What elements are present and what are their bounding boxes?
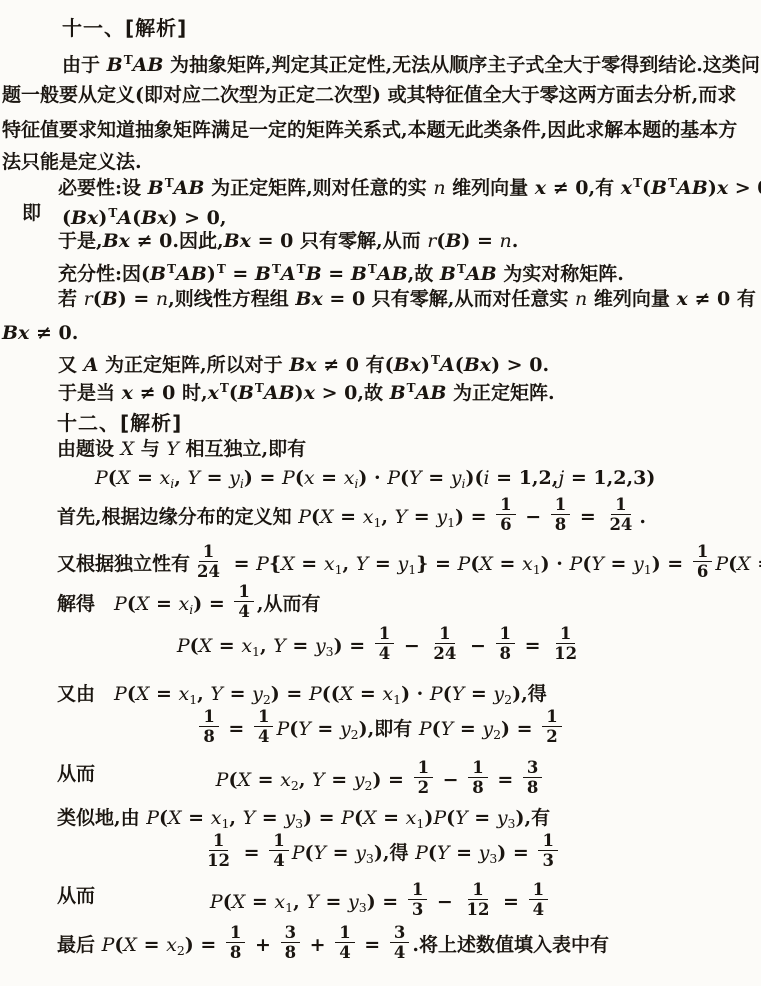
superscript: T — [165, 176, 174, 190]
math-run: P — [433, 807, 446, 829]
subscript: 2 — [291, 778, 299, 793]
math-run: Y — [591, 553, 604, 575]
text-run: ( — [436, 230, 445, 252]
fraction: 14 — [254, 708, 273, 746]
superscript: T — [272, 262, 281, 276]
math-run: X — [121, 438, 135, 460]
text-run: 为抽象矩阵,判定其正定性,无法从顺序主子式全大于零得到结论.这类问 — [163, 54, 759, 76]
text-run: = — [496, 891, 525, 913]
fraction-denominator: 4 — [529, 900, 548, 918]
text-run: = — [130, 467, 159, 489]
text-run: (( — [322, 683, 340, 705]
math-bold-run: AB — [416, 382, 447, 404]
text-run: = — [295, 553, 324, 575]
text-run: ( — [432, 718, 441, 740]
math-run: P — [114, 683, 127, 705]
s11-hence-eq: 即(Bx)TA(Bx) > 0, — [0, 201, 761, 230]
math-bold-run: B — [651, 177, 667, 199]
math-run: X — [232, 891, 246, 913]
fraction-numerator: 1 — [468, 759, 487, 778]
fraction-denominator: 3 — [408, 900, 427, 918]
fraction: 18 — [551, 496, 570, 534]
math-bold-run: B — [238, 382, 254, 404]
math-bold-run: AB — [133, 54, 164, 76]
text-run: = — [422, 467, 451, 489]
text-run: = — [226, 263, 255, 285]
fraction: 112 — [550, 625, 581, 663]
fraction-denominator: 12 — [203, 851, 234, 869]
subscript: 1 — [252, 644, 260, 659]
document-page: 十一、[解析]由于 BTAB 为抽象矩阵,判定其正定性,无法从顺序主子式全大于零… — [0, 0, 761, 986]
fraction: 112 — [462, 881, 493, 919]
text-run: − — [463, 635, 492, 657]
fraction-denominator: 8 — [199, 727, 218, 745]
subscript: 3 — [326, 644, 334, 659]
text-run: 又由 — [57, 683, 114, 705]
math-run: n — [575, 288, 587, 310]
text-run: ( — [470, 553, 479, 575]
math-run: P — [114, 593, 127, 615]
s11-necessity-line: 必要性:设 BTAB 为正定矩阵,则对任意的实 n 维列向量 x ≠ 0,有 x… — [0, 171, 761, 200]
math-run: y — [354, 769, 365, 791]
fraction: 16 — [693, 543, 712, 581]
text-run: = — [464, 683, 493, 705]
text-run: ),有 — [516, 807, 551, 829]
superscript: T — [220, 381, 229, 395]
text-run: > 0, — [728, 177, 761, 199]
text-run: 十一、[解析] — [62, 16, 187, 40]
math-bold-run: AB — [466, 263, 497, 285]
text-run: = 0 只有零解,从而 — [251, 230, 427, 252]
math-run: y — [397, 553, 408, 575]
fraction-numerator: 1 — [269, 832, 288, 851]
text-run: = — [223, 683, 252, 705]
text-run: = — [322, 263, 351, 285]
fraction: 18 — [468, 759, 487, 797]
text-run: ( — [132, 207, 141, 229]
subscript: 2 — [263, 692, 271, 707]
text-run: = — [407, 506, 436, 528]
text-run: ) = — [193, 593, 231, 615]
math-run: x — [179, 593, 190, 615]
math-run: x — [159, 467, 170, 489]
math-bold-run: A — [84, 354, 99, 376]
superscript: T — [217, 262, 226, 276]
math-run: x — [382, 683, 393, 705]
s12-conger-eq-2: 从而P(X = x1, Y = y3) = 13 − 112 = 14 — [0, 884, 761, 922]
text-run: ( — [229, 382, 238, 404]
text-run: = — [751, 553, 761, 575]
text-run: = — [255, 807, 284, 829]
text-run: ) — [424, 807, 433, 829]
math-run: y — [252, 683, 263, 705]
s12-independence-eq: P(X = xi, Y = yi) = P(x = xi) · P(Y = yi… — [0, 466, 761, 496]
math-bold-run: A — [117, 207, 132, 229]
text-run: ( — [295, 467, 304, 489]
math-run: Y — [313, 842, 326, 864]
text-run: ≠ 0,有 — [546, 177, 621, 199]
text-run: ,从而有 — [257, 593, 321, 615]
math-run: P — [282, 467, 295, 489]
s12-similar-line: 类似地,由 P(X = x1, Y = y3) = P(X = x1)P(Y =… — [0, 806, 761, 836]
math-run: X — [168, 807, 182, 829]
text-run: 为正定矩阵. — [446, 382, 554, 404]
text-run: = — [368, 553, 397, 575]
subscript: 1 — [447, 515, 455, 530]
math-run: P — [419, 718, 432, 740]
math-run: x — [363, 506, 374, 528]
math-run: x — [304, 467, 315, 489]
fraction: 14 — [335, 924, 354, 962]
text-run: = — [286, 635, 315, 657]
math-run: P — [458, 553, 471, 575]
math-run: y — [229, 467, 240, 489]
text-run: = 1,2,3) — [564, 467, 655, 489]
math-bold-run: x — [535, 177, 546, 199]
math-bold-run: Bx — [71, 207, 98, 229]
s11-sufficiency-line: 充分性:因(BTAB)T = BTATB = BTAB,故 BTAB 为实对称矩… — [0, 257, 761, 286]
text-run: , — [299, 769, 312, 791]
math-bold-run: B — [148, 177, 164, 199]
text-run: ) > 0, — [168, 207, 226, 229]
fraction-denominator: 6 — [496, 515, 515, 533]
math-run: Y — [356, 553, 369, 575]
superscript: T — [633, 176, 642, 190]
math-run: y — [633, 553, 644, 575]
text-run: 首先,根据边缘分布的定义知 — [57, 506, 298, 528]
text-run: = — [315, 467, 344, 489]
math-run: P — [415, 842, 428, 864]
fraction: 13 — [408, 881, 427, 919]
math-run: P — [387, 467, 400, 489]
text-run: = — [137, 934, 166, 956]
math-run: Y — [395, 506, 408, 528]
text-run: = — [453, 718, 482, 740]
text-run: 为正定矩阵,所以对于 — [98, 354, 289, 376]
math-bold-run: B — [102, 288, 118, 310]
math-bold-run: x — [122, 382, 133, 404]
text-run: ( — [642, 177, 651, 199]
text-run: ,故 — [408, 263, 440, 285]
text-run: ) = — [455, 506, 493, 528]
fraction-numerator: 1 — [693, 543, 712, 562]
math-bold-run: B — [107, 54, 123, 76]
subscript: 1 — [189, 692, 197, 707]
fraction: 124 — [193, 543, 224, 581]
math-run: Y — [409, 467, 422, 489]
math-run: Y — [441, 718, 454, 740]
math-run: x — [280, 769, 291, 791]
text-run: . — [512, 230, 519, 252]
text-run: ) = — [334, 635, 372, 657]
text-run: 题一般要从定义(即对应二次型为正定二次型) 或其特征值全大于零这两方面去分析,而… — [2, 84, 736, 106]
math-run: P — [309, 683, 322, 705]
s12-independence-use-line: 又根据独立性有124 = P{X = x1, Y = y1} = P(X = x… — [0, 546, 761, 584]
fraction-denominator: 8 — [523, 778, 542, 796]
fraction-numerator: 1 — [435, 625, 454, 644]
superscript: T — [108, 206, 117, 220]
subscript: 3 — [359, 900, 367, 915]
subscript: 1 — [393, 692, 401, 707]
fraction: 12 — [414, 759, 433, 797]
s12-youyou-line: 又由 P(X = x1, Y = y2) = P((X = x1) · P(Y … — [0, 682, 761, 712]
text-run: 又根据独立性有 — [57, 553, 190, 575]
text-run: = — [468, 807, 497, 829]
math-run: X — [117, 467, 131, 489]
text-run: 若 — [58, 288, 84, 310]
math-bold-run: AB — [174, 177, 205, 199]
text-run: . — [639, 506, 646, 528]
math-run: X — [479, 553, 493, 575]
math-run: Y — [437, 842, 450, 864]
text-run: ( — [311, 506, 320, 528]
text-run: ) = — [118, 288, 156, 310]
s12-eq-y2: 18 = 14P(Y = y2),即有 P(Y = y2) = 12 — [0, 711, 761, 749]
math-run: y — [315, 635, 326, 657]
superscript: T — [407, 381, 416, 395]
math-run: X — [136, 683, 150, 705]
math-run: X — [281, 553, 295, 575]
text-run: ( — [93, 288, 102, 310]
fraction-numerator: 1 — [551, 496, 570, 515]
subscript: 2 — [504, 692, 512, 707]
math-run: y — [436, 506, 447, 528]
s12-eq-y3: 112 = 14P(Y = y3),得 P(Y = y3) = 13 — [0, 835, 761, 873]
fraction-denominator: 8 — [226, 943, 245, 961]
math-run: X — [237, 769, 251, 791]
math-bold-run: B — [351, 263, 367, 285]
text-run: ) = — [372, 769, 410, 791]
text-run: 于是当 — [58, 382, 122, 404]
math-run: y — [493, 683, 504, 705]
fraction-numerator: 1 — [611, 496, 630, 515]
math-run: Y — [306, 891, 319, 913]
s12-eq-x1y3: P(X = x1, Y = y3) = 14 − 124 − 18 = 112 — [0, 628, 761, 666]
math-run: Y — [187, 467, 200, 489]
text-run: ) = — [271, 683, 309, 705]
superscript: T — [124, 53, 133, 67]
fraction: 18 — [199, 708, 218, 746]
text-run: 法只能是定义法. — [2, 151, 142, 173]
math-run: y — [348, 891, 359, 913]
math-run: X — [136, 593, 150, 615]
text-run: ( — [223, 891, 232, 913]
text-run: , — [343, 553, 356, 575]
fraction-numerator: 1 — [234, 583, 253, 602]
text-run: , — [229, 807, 242, 829]
text-run: ) > 0. — [491, 354, 549, 376]
s11-rank-line: 若 r(B) = n,则线性方程组 Bx = 0 只有零解,从而对任意实 n 维… — [0, 287, 761, 311]
math-run: P — [256, 553, 269, 575]
text-run: ) — [295, 382, 304, 404]
fraction-denominator: 6 — [693, 562, 712, 580]
s12-marginal-line: 首先,根据边缘分布的定义知 P(X = x1, Y = y1) = 16 − 1… — [0, 499, 761, 537]
text-run: )( — [465, 467, 483, 489]
text-run: ≠ 0 有 — [688, 288, 756, 310]
math-run: X — [320, 506, 334, 528]
fraction-numerator: 1 — [375, 625, 394, 644]
fraction-numerator: 1 — [496, 496, 515, 515]
math-bold-run: Bx — [464, 354, 491, 376]
math-run: Y — [455, 807, 468, 829]
math-bold-run: AB — [677, 177, 708, 199]
superscript: T — [431, 353, 440, 367]
math-run: y — [451, 467, 462, 489]
math-run: n — [433, 177, 445, 199]
text-run: ) · — [541, 553, 570, 575]
text-run: = — [149, 593, 178, 615]
text-run: ( — [62, 207, 71, 229]
text-run: , — [381, 506, 394, 528]
text-run: ) · — [358, 467, 387, 489]
text-run: ,则线性方程组 — [168, 288, 295, 310]
text-run: ) = — [497, 842, 535, 864]
fraction-numerator: 1 — [209, 832, 228, 851]
s11-intro-line-3: 特征值要求知道抽象矩阵满足一定的矩阵关系式,本题无此类条件,因此求解本题的基本方 — [0, 118, 761, 142]
s11-thus-line: 于是,Bx ≠ 0.因此,Bx = 0 只有零解,从而 r(B) = n. — [0, 229, 761, 253]
fraction: 34 — [390, 924, 409, 962]
text-run: } = — [416, 553, 457, 575]
s11-heading: 十一、[解析] — [0, 16, 761, 41]
math-bold-run: Bx — [224, 230, 251, 252]
math-run: r — [84, 288, 93, 310]
fraction: 18 — [496, 625, 515, 663]
math-bold-run: Bx — [141, 207, 168, 229]
text-run: 十二、[解析] — [57, 411, 182, 435]
fraction-denominator: 2 — [414, 778, 433, 796]
line-label: 即 — [22, 201, 41, 225]
s11-conclusion-line: 于是当 x ≠ 0 时,xT(BTAB)x > 0,故 BTAB 为正定矩阵. — [0, 376, 761, 405]
fraction-denominator: 4 — [234, 602, 253, 620]
text-run: ( — [354, 807, 363, 829]
math-bold-run: A — [281, 263, 296, 285]
s11-intro-line-1: 由于 BTAB 为抽象矩阵,判定其正定性,无法从顺序主子式全大于零得到结论.这类… — [0, 48, 761, 77]
subscript: 1 — [644, 562, 652, 577]
text-run: ) — [207, 263, 216, 285]
math-run: P — [210, 891, 223, 913]
math-bold-run: B — [390, 382, 406, 404]
text-run: ) = — [303, 807, 341, 829]
text-run: 特征值要求知道抽象矩阵满足一定的矩阵关系式,本题无此类条件,因此求解本题的基本方 — [2, 119, 737, 141]
math-run: X — [363, 807, 377, 829]
text-run: 由题设 — [57, 438, 121, 460]
math-run: x — [166, 934, 177, 956]
math-run: x — [274, 891, 285, 913]
text-run: = — [200, 467, 229, 489]
text-run: = — [353, 683, 382, 705]
text-run: ) · — [401, 683, 430, 705]
math-run: Y — [243, 807, 256, 829]
text-run: = — [491, 769, 520, 791]
fraction-numerator: 1 — [496, 625, 515, 644]
fraction-denominator: 12 — [550, 644, 581, 662]
math-run: X — [340, 683, 354, 705]
fraction-numerator: 1 — [335, 924, 354, 943]
text-run: = — [358, 934, 387, 956]
subscript: 1 — [408, 562, 416, 577]
math-run: P — [216, 769, 229, 791]
math-run: x — [241, 635, 252, 657]
fraction-denominator: 24 — [429, 644, 460, 662]
text-run: > 0,故 — [315, 382, 390, 404]
fraction-denominator: 4 — [390, 943, 409, 961]
fraction-numerator: 1 — [542, 708, 561, 727]
subscript: 1 — [335, 562, 343, 577]
math-bold-run: B — [440, 263, 456, 285]
text-run: 维列向量 — [587, 288, 676, 310]
text-run: 类似地,由 — [57, 807, 146, 829]
subscript: 2 — [493, 727, 501, 742]
text-run: ( — [127, 593, 136, 615]
text-run: = — [518, 635, 547, 657]
math-bold-run: x — [621, 177, 632, 199]
fraction-numerator: 1 — [538, 832, 557, 851]
text-run: ( — [446, 807, 455, 829]
text-run: 相互独立,即有 — [179, 438, 306, 460]
fraction-denominator: 4 — [335, 943, 354, 961]
superscript: T — [368, 262, 377, 276]
text-run: ) = — [652, 553, 690, 575]
superscript: T — [297, 262, 306, 276]
math-run: X — [199, 635, 213, 657]
text-run: , — [174, 467, 187, 489]
math-bold-run: AB — [264, 382, 295, 404]
fraction-denominator: 8 — [496, 644, 515, 662]
fraction-numerator: 1 — [226, 924, 245, 943]
s12-heading: 十二、[解析] — [0, 411, 761, 436]
text-run: ) = — [501, 718, 539, 740]
text-run: = 0 只有零解,从而对任意实 — [323, 288, 575, 310]
text-run: 为实对称矩阵. — [497, 263, 624, 285]
math-run: Y — [210, 683, 223, 705]
text-run: ( — [455, 354, 464, 376]
superscript: T — [167, 262, 176, 276]
fraction-denominator: 24 — [605, 515, 636, 533]
fraction-denominator: 4 — [375, 644, 394, 662]
fraction-denominator: 2 — [542, 727, 561, 745]
text-run: ( — [159, 807, 168, 829]
math-run: X — [737, 553, 751, 575]
math-bold-run: AB — [377, 263, 408, 285]
text-run: ( — [443, 683, 452, 705]
math-bold-run: B — [255, 263, 271, 285]
text-run: 维列向量 — [446, 177, 535, 199]
text-run: , — [260, 635, 273, 657]
text-run: = — [604, 553, 633, 575]
superscript: T — [457, 262, 466, 276]
math-run: P — [430, 683, 443, 705]
math-run: Y — [273, 635, 286, 657]
fraction-numerator: 3 — [523, 759, 542, 778]
line-label: 从而 — [57, 762, 95, 786]
math-run: r — [427, 230, 436, 252]
superscript: T — [668, 176, 677, 190]
text-run: + — [303, 934, 332, 956]
fraction-numerator: 1 — [199, 543, 218, 562]
math-bold-run: Bx — [289, 354, 316, 376]
math-bold-run: x — [717, 177, 728, 199]
subscript: 3 — [366, 851, 374, 866]
text-run: 由于 — [62, 54, 107, 76]
math-run: x — [344, 467, 355, 489]
math-bold-run: Bx — [295, 288, 322, 310]
subscript: 1 — [533, 562, 541, 577]
fraction-denominator: 8 — [551, 515, 570, 533]
fraction-denominator: 12 — [462, 900, 493, 918]
text-run: = — [212, 635, 241, 657]
math-run: y — [479, 842, 490, 864]
math-run: n — [156, 288, 168, 310]
